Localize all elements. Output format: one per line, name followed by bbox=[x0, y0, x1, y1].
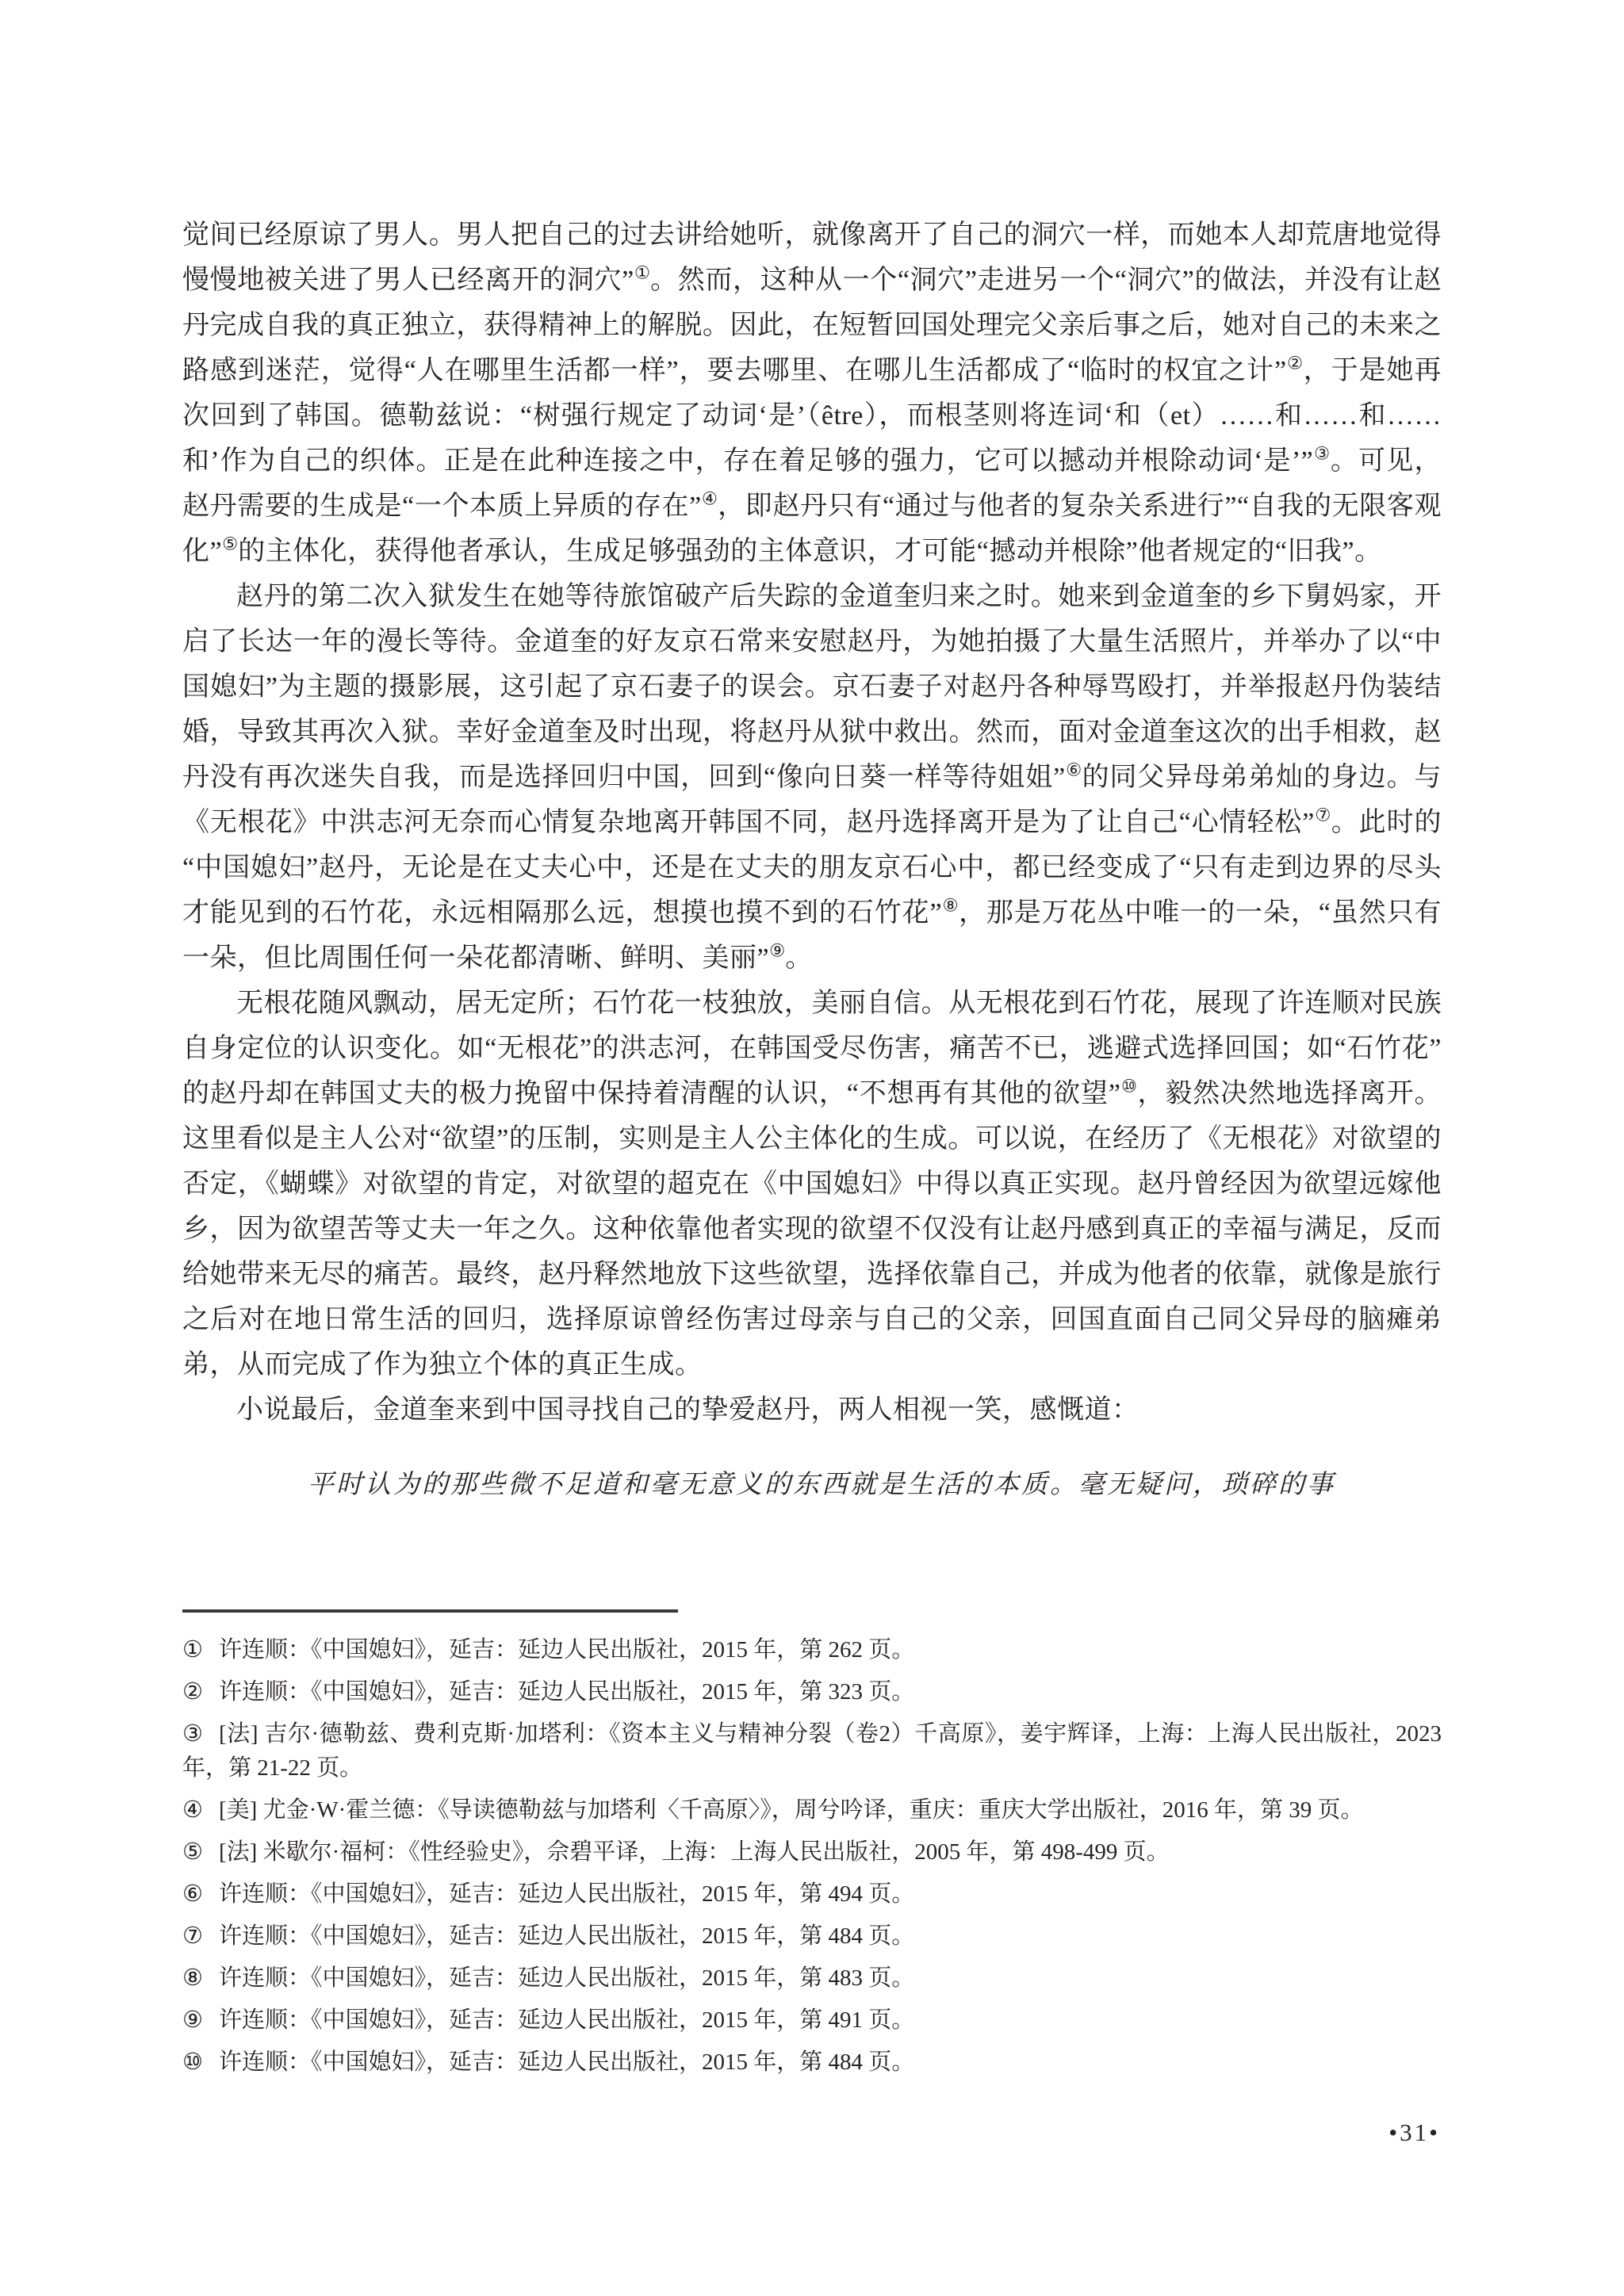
footnote-marker: ⑥ bbox=[182, 1877, 203, 1911]
footnote-ref: ⑥ bbox=[1066, 760, 1082, 780]
body-paragraph-1: 觉间已经原谅了男人。男人把自己的过去讲给她听，就像离开了自己的洞穴一样，而她本人… bbox=[182, 212, 1442, 574]
footnote-item-4: ④[美] 尤金·W·霍兰德：《导读德勒兹与加塔利〈千高原〉》，周兮吟译，重庆：重… bbox=[182, 1793, 1442, 1827]
footnote-text: [法] 吉尔·德勒兹、费利克斯·加塔利：《资本主义与精神分裂（卷2）千高原》，姜… bbox=[182, 1721, 1442, 1781]
footnote-ref: ③ bbox=[1313, 444, 1331, 464]
footnote-ref: ⑧ bbox=[942, 896, 959, 916]
footnote-text: [美] 尤金·W·霍兰德：《导读德勒兹与加塔利〈千高原〉》，周兮吟译，重庆：重庆… bbox=[219, 1797, 1364, 1823]
footnote-marker: ④ bbox=[182, 1793, 203, 1827]
footnote-text: 许连顺：《中国媳妇》，延吉：延边人民出版社，2015 年，第 494 页。 bbox=[219, 1881, 914, 1907]
footnote-text: 许连顺：《中国媳妇》，延吉：延边人民出版社，2015 年，第 484 页。 bbox=[219, 2049, 914, 2075]
footnote-ref: ⑩ bbox=[1121, 1077, 1138, 1096]
page-number: •31• bbox=[1388, 2118, 1440, 2147]
footnote-ref: ④ bbox=[702, 489, 718, 509]
footnote-item-9: ⑨许连顺：《中国媳妇》，延吉：延边人民出版社，2015 年，第 491 页。 bbox=[182, 2003, 1442, 2038]
footnote-text: [法] 米歇尔·福柯：《性经验史》，佘碧平译，上海：上海人民出版社，2005 年… bbox=[219, 1839, 1170, 1865]
footnote-item-10: ⑩许连顺：《中国媳妇》，延吉：延边人民出版社，2015 年，第 484 页。 bbox=[182, 2045, 1442, 2080]
footnote-marker: ⑨ bbox=[182, 2003, 203, 2038]
article-body: 觉间已经原谅了男人。男人把自己的过去讲给她听，就像离开了自己的洞穴一样，而她本人… bbox=[182, 212, 1442, 1507]
footnote-item-5: ⑤[法] 米歇尔·福柯：《性经验史》，佘碧平译，上海：上海人民出版社，2005 … bbox=[182, 1835, 1442, 1869]
footnote-item-3: ③[法] 吉尔·德勒兹、费利克斯·加塔利：《资本主义与精神分裂（卷2）千高原》，… bbox=[182, 1717, 1442, 1785]
footnote-item-2: ②许连顺：《中国媳妇》，延吉：延边人民出版社，2015 年，第 323 页。 bbox=[182, 1675, 1442, 1709]
body-paragraph-3: 无根花随风飘动，居无定所；石竹花一枝独放，美丽自信。从无根花到石竹花，展现了许连… bbox=[182, 981, 1442, 1387]
footnote-marker: ⑤ bbox=[182, 1835, 203, 1869]
footnote-ref: ⑦ bbox=[1315, 806, 1331, 825]
body-paragraph-4: 小说最后，金道奎来到中国寻找自己的挚爱赵丹，两人相视一笑，感慨道： bbox=[182, 1387, 1442, 1433]
block-quote: 平时认为的那些微不足道和毫无意义的东西就是生活的本质。毫无疑问，琐碎的事 bbox=[255, 1463, 1386, 1507]
footnotes-section: ①许连顺：《中国媳妇》，延吉：延边人民出版社，2015 年，第 262 页。 ②… bbox=[182, 1609, 1442, 2087]
footnote-text: 许连顺：《中国媳妇》，延吉：延边人民出版社，2015 年，第 262 页。 bbox=[219, 1637, 914, 1663]
footnote-ref: ① bbox=[634, 263, 650, 283]
footnote-ref: ② bbox=[1287, 354, 1304, 373]
footnote-separator bbox=[182, 1609, 678, 1613]
footnote-item-8: ⑧许连顺：《中国媳妇》，延吉：延边人民出版社，2015 年，第 483 页。 bbox=[182, 1961, 1442, 1996]
footnote-marker: ⑦ bbox=[182, 1919, 203, 1954]
footnote-text: 许连顺：《中国媳妇》，延吉：延边人民出版社，2015 年，第 491 页。 bbox=[219, 2007, 914, 2033]
footnote-text: 许连顺：《中国媳妇》，延吉：延边人民出版社，2015 年，第 483 页。 bbox=[219, 1965, 914, 1991]
footnote-text: 许连顺：《中国媳妇》，延吉：延边人民出版社，2015 年，第 484 页。 bbox=[219, 1923, 914, 1949]
footnote-marker: ② bbox=[182, 1675, 203, 1709]
footnote-item-1: ①许连顺：《中国媳妇》，延吉：延边人民出版社，2015 年，第 262 页。 bbox=[182, 1633, 1442, 1667]
footnote-item-6: ⑥许连顺：《中国媳妇》，延吉：延边人民出版社，2015 年，第 494 页。 bbox=[182, 1877, 1442, 1911]
footnote-marker: ③ bbox=[182, 1717, 203, 1751]
footnote-text: 许连顺：《中国媳妇》，延吉：延边人民出版社，2015 年，第 323 页。 bbox=[219, 1679, 914, 1705]
footnote-marker: ⑧ bbox=[182, 1961, 203, 1996]
footnote-ref: ⑤ bbox=[222, 534, 238, 554]
footnote-marker: ① bbox=[182, 1633, 203, 1667]
footnote-ref: ⑨ bbox=[769, 941, 785, 961]
document-page: 觉间已经原谅了男人。男人把自己的过去讲给她听，就像离开了自己的洞穴一样，而她本人… bbox=[0, 0, 1624, 2296]
footnote-marker: ⑩ bbox=[182, 2045, 203, 2080]
footnote-item-7: ⑦许连顺：《中国媳妇》，延吉：延边人民出版社，2015 年，第 484 页。 bbox=[182, 1919, 1442, 1954]
body-paragraph-2: 赵丹的第二次入狱发生在她等待旅馆破产后失踪的金道奎归来之时。她来到金道奎的乡下舅… bbox=[182, 574, 1442, 981]
